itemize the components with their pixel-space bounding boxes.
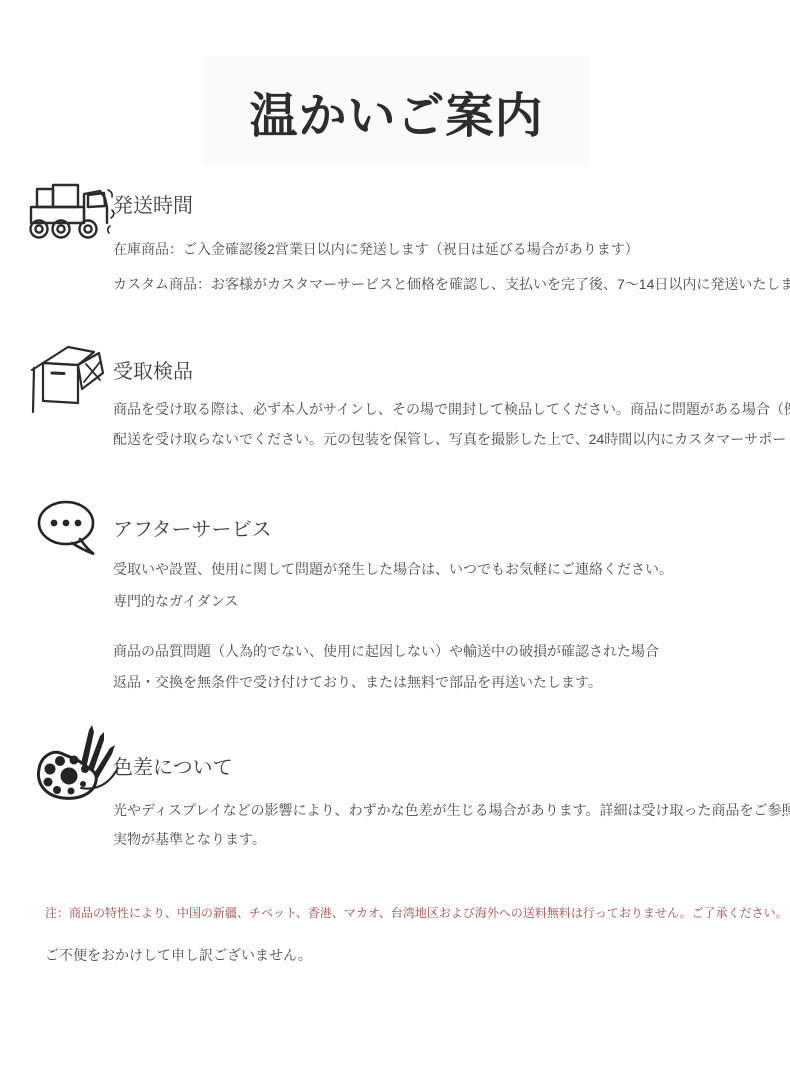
after-service-line-1: 受取いや設置、使用に関して問題が発生した場合は、いつでもお気軽にご連絡ください。: [113, 561, 673, 577]
color-difference-line-1: 光やディスプレイなどの影響により、わずかな色差が生じる場合があります。詳細は受け…: [113, 802, 790, 818]
warm-guide-page: 温かいご案内 発送時間 在庫商品：ご入金確認後2営業日以内に発送します（祝日は延…: [0, 0, 790, 1066]
section-color-difference: 色差について 光やディスプレイなどの影響により、わずかな色差が生じる場合がありま…: [0, 722, 790, 852]
shipping-line-1: 在庫商品：ご入金確認後2営業日以内に発送します（祝日は延びる場合があります）: [113, 241, 639, 257]
after-service-line-4: 返品・交換を無条件で受け付けており、または無料で部品を再送いたします。: [113, 674, 602, 690]
chat-bubble-icon: [36, 497, 102, 561]
palette-icon: [33, 722, 121, 806]
section-inspection: 受取検品 商品を受け取る際は、必ず本人がサインし、その場で開封して検品してくださ…: [0, 340, 790, 460]
section-inspection-title: 受取検品: [113, 362, 193, 382]
page-title-box: 温かいご案内: [203, 56, 590, 166]
section-after-service: アフターサービス 受取いや設置、使用に関して問題が発生した場合は、いつでもお気軽…: [0, 497, 790, 697]
inspection-line-2: 配送を受け取らないでください。元の包装を保管し、写真を撮影した上で、24時間以内…: [113, 431, 790, 447]
inspection-line-1: 商品を受け取る際は、必ず本人がサインし、その場で開封して検品してください。商品に…: [113, 401, 790, 417]
section-after-service-title: アフターサービス: [113, 520, 272, 540]
section-color-difference-title: 色差について: [113, 758, 233, 778]
open-box-icon: [28, 340, 108, 420]
note-line-2: ご不便をおかけして申し訳ございません。: [45, 947, 312, 964]
footer-note: 注：商品の特性により、中国の新疆、チベット、香港、マカオ、台湾地区および海外への…: [0, 906, 790, 986]
page-title: 温かいご案内: [249, 77, 543, 146]
after-service-line-2: 専門的なガイダンス: [113, 593, 238, 609]
color-difference-line-2: 実物が基準となります。: [113, 831, 266, 847]
after-service-line-3: 商品の品質問題（人為的でない、使用に起因しない）や輸送中の破損が確認された場合: [113, 643, 659, 659]
truck-icon: [28, 182, 120, 240]
section-shipping: 発送時間 在庫商品：ご入金確認後2営業日以内に発送します（祝日は延びる場合があり…: [0, 182, 790, 312]
section-shipping-title: 発送時間: [113, 196, 193, 216]
note-line-1: 注：商品の特性により、中国の新疆、チベット、香港、マカオ、台湾地区および海外への…: [45, 906, 788, 920]
shipping-line-2: カスタム商品：お客様がカスタマーサービスと価格を確認し、支払いを完了後、7～14…: [113, 276, 790, 292]
